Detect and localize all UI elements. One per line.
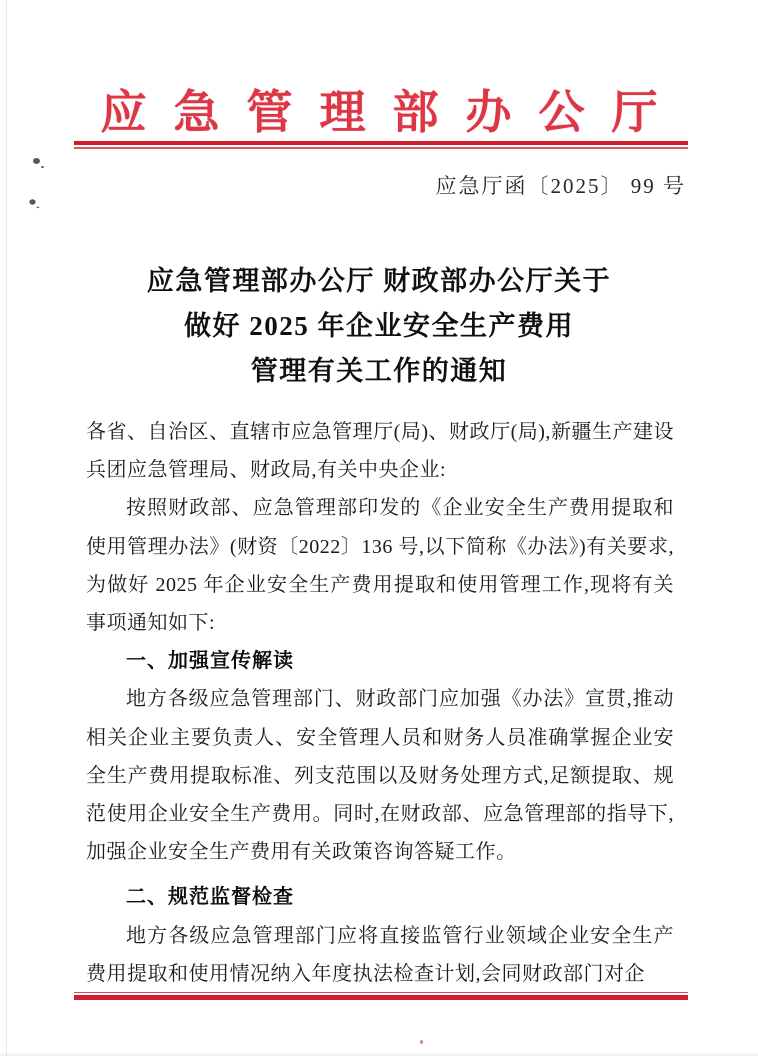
salutation-paragraph: 各省、自治区、直辖市应急管理厅(局)、财政厅(局),新疆生产建设兵团应急管理局、… bbox=[86, 413, 674, 489]
scan-edge-artifact bbox=[6, 0, 7, 1056]
letterhead-rule bbox=[74, 141, 688, 149]
intro-paragraph: 按照财政部、应急管理部印发的《企业安全生产费用提取和使用管理办法》(财资〔202… bbox=[86, 489, 674, 642]
section-heading-1: 一、加强宣传解读 bbox=[86, 642, 674, 680]
notice-title: 应急管理部办公厅 财政部办公厅关于 做好 2025 年企业安全生产费用 管理有关… bbox=[0, 259, 758, 394]
section-1-paragraph: 地方各级应急管理部门、财政部门应加强《办法》宣贯,推动相关企业主要负责人、安全管… bbox=[86, 680, 674, 871]
doc-number: 应急厅函〔2025〕 99 号 bbox=[436, 170, 687, 200]
notice-body: 各省、自治区、直辖市应急管理厅(局)、财政厅(局),新疆生产建设兵团应急管理局、… bbox=[86, 413, 674, 989]
section-heading-2: 二、规范监督检查 bbox=[86, 878, 674, 916]
section-2-paragraph: 地方各级应急管理部门应将直接监管行业领域企业安全生产费用提取和使用情况纳入年度执… bbox=[86, 917, 674, 989]
document-page: 应急管理部办公厅 应急厅函〔2025〕 99 号 应急管理部办公厅 财政部办公厅… bbox=[0, 0, 758, 1056]
notice-title-line-2: 做好 2025 年企业安全生产费用 bbox=[0, 304, 758, 349]
scan-edge-artifact bbox=[0, 1052, 758, 1056]
scan-speck bbox=[420, 1040, 423, 1044]
notice-title-line-3: 管理有关工作的通知 bbox=[0, 349, 758, 394]
footer-rule bbox=[74, 992, 688, 1000]
notice-title-line-1: 应急管理部办公厅 财政部办公厅关于 bbox=[0, 259, 758, 304]
agency-name: 应急管理部办公厅 bbox=[0, 76, 758, 142]
agency-name-text: 应急管理部办公厅 bbox=[101, 76, 685, 142]
ink-smudge bbox=[29, 199, 35, 204]
ink-smudge bbox=[33, 158, 40, 164]
